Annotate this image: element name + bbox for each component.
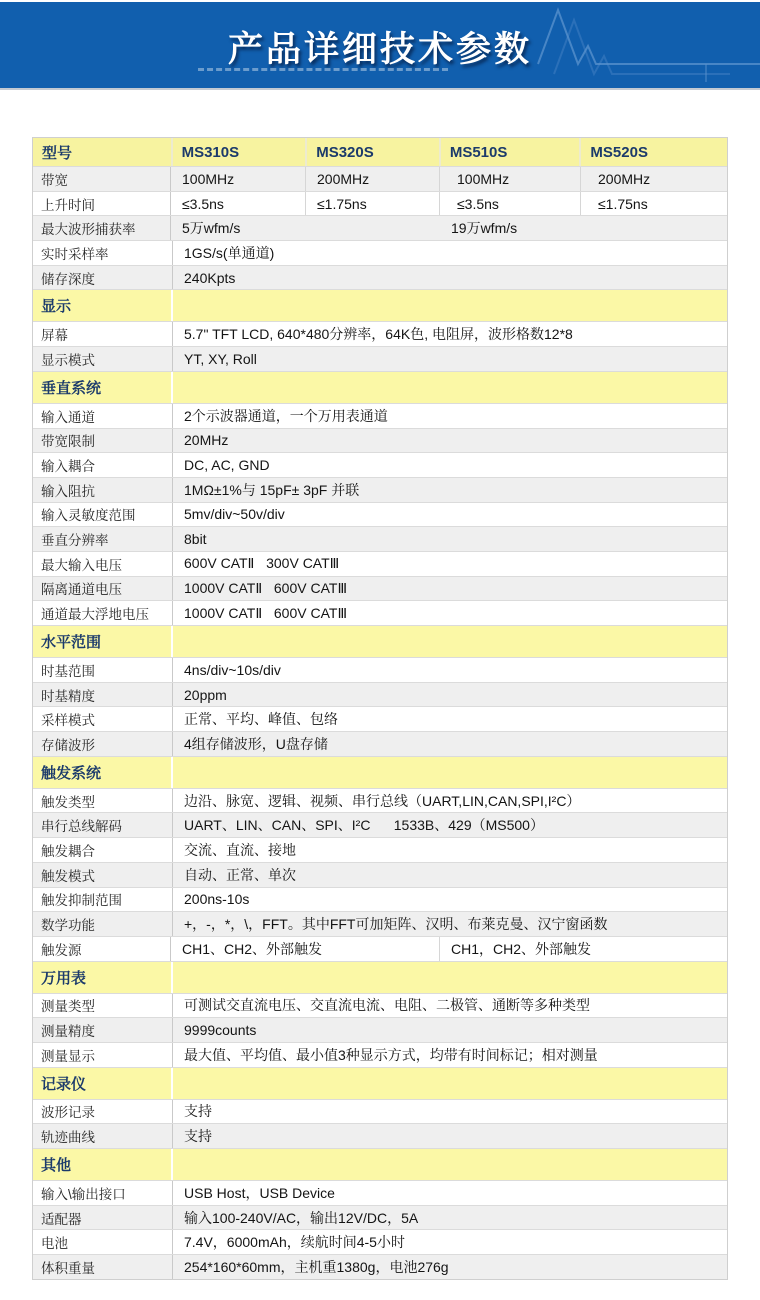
spec-row: 采样模式正常、平均、峰值、包络 [33,706,727,731]
spec-label: 最大输入电压 [33,552,173,576]
spec-row: 储存深度240Kpts [33,265,727,290]
spec-label: 触发模式 [33,863,173,887]
spec-label: 触发耦合 [33,838,173,862]
spec-value: 边沿、脉宽、逻辑、视频、串行总线（UART,LIN,CAN,SPI,I²C） [173,789,727,813]
spec-row: 测量类型可测试交直流电压、交直流电流、电阻、二极管、通断等多种类型 [33,993,727,1018]
spec-value: UART、LIN、CAN、SPI、I²C 1533B、429（MS500） [173,813,727,837]
spec-row: 输入灵敏度范围5mv/div~50v/div [33,502,727,527]
spec-value: ≤3.5ns [171,192,306,216]
section-spacer [173,757,727,788]
spec-values: 8bit [173,527,727,551]
spec-label: 采样模式 [33,707,173,731]
spec-row: 时基范围4ns/div~10s/div [33,657,727,682]
section-spacer [173,626,727,657]
spec-label: 触发抑制范围 [33,888,173,912]
spec-value: 20ppm [173,683,727,707]
spec-value: 支持 [173,1100,727,1124]
spec-values: 5.7" TFT LCD, 640*480分辨率，64K色, 电阻屏，波形格数1… [173,322,727,346]
spec-row: 输入通道2个示波器通道，一个万用表通道 [33,403,727,428]
spec-value: CH1、CH2、外部触发 [171,937,440,961]
spec-row: 串行总线解码UART、LIN、CAN、SPI、I²C 1533B、429（MS5… [33,812,727,837]
banner: 产品详细技术参数 [0,2,760,90]
spec-value: CH1，CH2、外部触发 [440,937,727,961]
spec-value: 2个示波器通道，一个万用表通道 [173,404,727,428]
model-name-ms520s: MS520S [581,138,727,166]
spec-values: UART、LIN、CAN、SPI、I²C 1533B、429（MS500） [173,813,727,837]
spec-values: 100MHz200MHz100MHz200MHz [171,167,727,191]
section-spacer [173,1068,727,1099]
section-title: 垂直系统 [33,372,173,403]
section-spacer [173,372,727,403]
spec-row: 波形记录支持 [33,1099,727,1124]
section-title: 其他 [33,1149,173,1180]
spec-row: 触发抑制范围200ns-10s [33,887,727,912]
spec-value: 最大值、平均值、最小值3种显示方式，均带有时间标记；相对测量 [173,1043,727,1067]
spec-label: 隔离通道电压 [33,577,173,601]
spec-label: 轨迹曲线 [33,1124,173,1148]
spec-values: 254*160*60mm，主机重1380g，电池276g [173,1255,727,1279]
spec-row: 输入阻抗1MΩ±1%与 15pF± 3pF 并联 [33,477,727,502]
spec-row: 适配器输入100-240V/AC，输出12V/DC，5A [33,1205,727,1230]
spec-value: 1000V CATⅡ 600V CATⅢ [173,577,727,601]
spec-value: 可测试交直流电压、交直流电流、电阻、二极管、通断等多种类型 [173,994,727,1018]
spec-label: 储存深度 [33,266,173,290]
model-header-row: 型号MS310SMS320SMS510SMS520S [33,138,727,166]
spec-value: 4ns/div~10s/div [173,658,727,682]
spec-label: 电池 [33,1230,173,1254]
spec-label: 触发源 [33,937,171,961]
section-spacer [173,290,727,321]
spec-label: 数学功能 [33,912,173,936]
spec-row: 实时采样率1GS/s(单通道) [33,240,727,265]
spec-value: ≤1.75ns [581,192,727,216]
spec-label: 触发类型 [33,789,173,813]
section-title: 记录仪 [33,1068,173,1099]
spec-value: 5万wfm/s [171,216,440,240]
spec-label: 测量类型 [33,994,173,1018]
spec-label: 屏幕 [33,322,173,346]
spec-values: 240Kpts [173,266,727,290]
spec-row: 轨迹曲线支持 [33,1123,727,1148]
spec-value: 8bit [173,527,727,551]
spec-value: ≤1.75ns [306,192,440,216]
section-row: 记录仪 [33,1067,727,1099]
spec-value: 输入100-240V/AC，输出12V/DC，5A [173,1206,727,1230]
spec-values: 可测试交直流电压、交直流电流、电阻、二极管、通断等多种类型 [173,994,727,1018]
model-name-ms310s: MS310S [173,138,308,166]
spec-label: 体积重量 [33,1255,173,1279]
spec-row: 触发耦合交流、直流、接地 [33,837,727,862]
spec-value: 1MΩ±1%与 15pF± 3pF 并联 [173,478,727,502]
spec-row: 体积重量254*160*60mm，主机重1380g，电池276g [33,1254,727,1279]
spec-label: 测量显示 [33,1043,173,1067]
spec-value: 4组存储波形，U盘存储 [173,732,727,756]
spec-value: 1GS/s(单通道) [173,241,727,265]
spec-row: 输入耦合DC, AC, GND [33,452,727,477]
spec-values: 4ns/div~10s/div [173,658,727,682]
spec-values: 正常、平均、峰值、包络 [173,707,727,731]
section-row: 水平范围 [33,625,727,657]
spec-table: 型号MS310SMS320SMS510SMS520S带宽100MHz200MHz… [32,137,728,1280]
spec-values: DC, AC, GND [173,453,727,477]
spec-value: 正常、平均、峰值、包络 [173,707,727,731]
spec-values: 支持 [173,1124,727,1148]
spec-row: 触发模式自动、正常、单次 [33,862,727,887]
spec-value: 200MHz [581,167,727,191]
spec-label: 通道最大浮地电压 [33,601,173,625]
section-title: 水平范围 [33,626,173,657]
spec-label: 最大波形捕获率 [33,216,171,240]
spec-label: 输入阻抗 [33,478,173,502]
spec-row: 带宽100MHz200MHz100MHz200MHz [33,166,727,191]
spec-value: 600V CATⅡ 300V CATⅢ [173,552,727,576]
spec-values: ≤3.5ns≤1.75ns≤3.5ns≤1.75ns [171,192,727,216]
spec-label: 带宽 [33,167,171,191]
spec-values: 20ppm [173,683,727,707]
section-row: 显示 [33,289,727,321]
spec-value: 20MHz [173,429,727,453]
spec-row: 测量精度9999counts [33,1017,727,1042]
spec-value: 9999counts [173,1018,727,1042]
spec-row: 时基精度20ppm [33,682,727,707]
spec-label: 垂直分辨率 [33,527,173,551]
spec-row: 隔离通道电压1000V CATⅡ 600V CATⅢ [33,576,727,601]
spec-values: 4组存储波形，U盘存储 [173,732,727,756]
spec-row: 显示模式YT, XY, Roll [33,346,727,371]
spec-value: 5.7" TFT LCD, 640*480分辨率，64K色, 电阻屏，波形格数1… [173,322,727,346]
spec-values: 1GS/s(单通道) [173,241,727,265]
section-title: 显示 [33,290,173,321]
spec-value: 自动、正常、单次 [173,863,727,887]
section-spacer [173,1149,727,1180]
spec-value: 5mv/div~50v/div [173,503,727,527]
spec-values: 9999counts [173,1018,727,1042]
spec-row: 测量显示最大值、平均值、最小值3种显示方式，均带有时间标记；相对测量 [33,1042,727,1067]
spec-label: 输入灵敏度范围 [33,503,173,527]
spec-values: 5万wfm/s19万wfm/s [171,216,727,240]
spec-row: 输入\输出接口USB Host，USB Device [33,1180,727,1205]
section-title: 万用表 [33,962,173,993]
spec-values: CH1、CH2、外部触发CH1，CH2、外部触发 [171,937,727,961]
spec-label: 输入耦合 [33,453,173,477]
spec-label: 输入\输出接口 [33,1181,173,1205]
model-name-ms510s: MS510S [441,138,582,166]
spec-row: 触发源CH1、CH2、外部触发CH1，CH2、外部触发 [33,936,727,961]
section-spacer [173,962,727,993]
spec-label: 测量精度 [33,1018,173,1042]
spec-values: USB Host，USB Device [173,1181,727,1205]
spec-label: 时基范围 [33,658,173,682]
title-underline-dashes [198,68,448,71]
model-header-label: 型号 [33,138,173,166]
spec-row: 数学功能+，-，*，\，FFT。其中FFT可加矩阵、汉明、布莱克曼、汉宁窗函数 [33,911,727,936]
spec-value: 254*160*60mm，主机重1380g，电池276g [173,1255,727,1279]
spec-values: 交流、直流、接地 [173,838,727,862]
spec-row: 带宽限制20MHz [33,428,727,453]
spec-values: 600V CATⅡ 300V CATⅢ [173,552,727,576]
spec-label: 实时采样率 [33,241,173,265]
spec-value: 7.4V，6000mAh，续航时间4-5小时 [173,1230,727,1254]
spec-values: 7.4V，6000mAh，续航时间4-5小时 [173,1230,727,1254]
spec-label: 时基精度 [33,683,173,707]
spec-value: 240Kpts [173,266,727,290]
spec-values: 自动、正常、单次 [173,863,727,887]
spec-row: 屏幕5.7" TFT LCD, 640*480分辨率，64K色, 电阻屏，波形格… [33,321,727,346]
spec-label: 上升时间 [33,192,171,216]
spec-label: 串行总线解码 [33,813,173,837]
spec-label: 存储波形 [33,732,173,756]
spec-value: 交流、直流、接地 [173,838,727,862]
spec-value: +，-，*，\，FFT。其中FFT可加矩阵、汉明、布莱克曼、汉宁窗函数 [173,912,727,936]
section-title: 触发系统 [33,757,173,788]
spec-label: 带宽限制 [33,429,173,453]
spec-values: 20MHz [173,429,727,453]
spec-label: 显示模式 [33,347,173,371]
spec-values: 1000V CATⅡ 600V CATⅢ [173,601,727,625]
section-row: 触发系统 [33,756,727,788]
spec-value: DC, AC, GND [173,453,727,477]
section-row: 垂直系统 [33,371,727,403]
spec-values: 2个示波器通道，一个万用表通道 [173,404,727,428]
spec-row: 存储波形4组存储波形，U盘存储 [33,731,727,756]
section-row: 万用表 [33,961,727,993]
spec-values: 支持 [173,1100,727,1124]
spec-value: ≤3.5ns [440,192,581,216]
spec-row: 上升时间≤3.5ns≤1.75ns≤3.5ns≤1.75ns [33,191,727,216]
pulse-waveform-icon [520,2,760,88]
spec-values: 边沿、脉宽、逻辑、视频、串行总线（UART,LIN,CAN,SPI,I²C） [173,789,727,813]
spec-value: 支持 [173,1124,727,1148]
spec-value: 200ns-10s [173,888,727,912]
spec-label: 波形记录 [33,1100,173,1124]
spec-value: 19万wfm/s [440,216,727,240]
spec-value: USB Host，USB Device [173,1181,727,1205]
spec-label: 适配器 [33,1206,173,1230]
spec-value: 200MHz [306,167,440,191]
spec-row: 最大波形捕获率5万wfm/s19万wfm/s [33,215,727,240]
spec-values: 输入100-240V/AC，输出12V/DC，5A [173,1206,727,1230]
spec-row: 电池7.4V，6000mAh，续航时间4-5小时 [33,1229,727,1254]
spec-value: 100MHz [171,167,306,191]
model-name-ms320s: MS320S [307,138,441,166]
spec-values: 1MΩ±1%与 15pF± 3pF 并联 [173,478,727,502]
spec-value: 1000V CATⅡ 600V CATⅢ [173,601,727,625]
spec-values: 最大值、平均值、最小值3种显示方式，均带有时间标记；相对测量 [173,1043,727,1067]
spec-values: 200ns-10s [173,888,727,912]
spec-row: 最大输入电压600V CATⅡ 300V CATⅢ [33,551,727,576]
spec-label: 输入通道 [33,404,173,428]
spec-values: 1000V CATⅡ 600V CATⅢ [173,577,727,601]
spec-values: YT, XY, Roll [173,347,727,371]
spec-values: 5mv/div~50v/div [173,503,727,527]
spec-values: +，-，*，\，FFT。其中FFT可加矩阵、汉明、布莱克曼、汉宁窗函数 [173,912,727,936]
spec-value: 100MHz [440,167,581,191]
section-row: 其他 [33,1148,727,1180]
spec-row: 触发类型边沿、脉宽、逻辑、视频、串行总线（UART,LIN,CAN,SPI,I²… [33,788,727,813]
spec-row: 垂直分辨率8bit [33,526,727,551]
spec-row: 通道最大浮地电压1000V CATⅡ 600V CATⅢ [33,600,727,625]
spec-value: YT, XY, Roll [173,347,727,371]
